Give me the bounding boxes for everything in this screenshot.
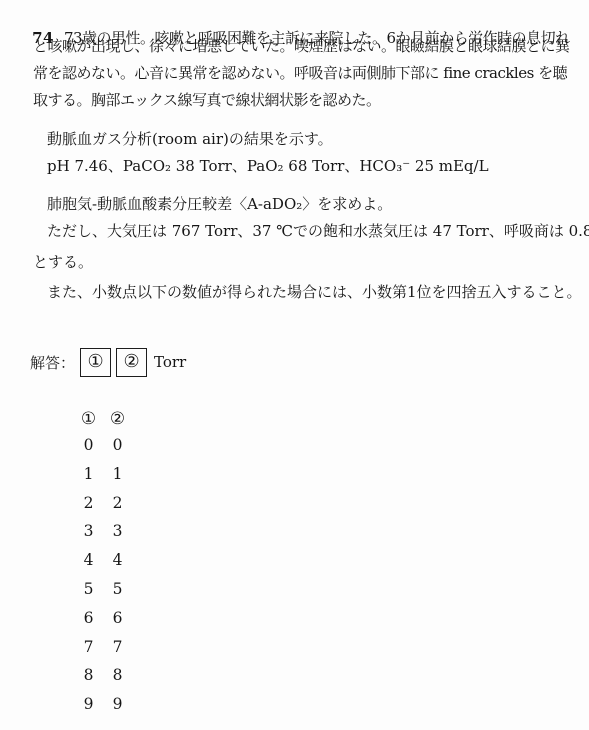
digit-grid: 0 0 1 1 2 2 3 3 4 4 5 5 6 6 7 7: [74, 431, 132, 719]
digit-option-1-9[interactable]: 9: [74, 690, 103, 719]
digit-row-6: 6 6: [74, 604, 132, 633]
answer-slot-2-box: ②: [116, 348, 147, 377]
digit-column-2-header: ②: [103, 408, 132, 430]
answer-slot-2-label: ②: [123, 353, 139, 371]
digit-row-8: 8 8: [74, 661, 132, 690]
digit-option-2-0[interactable]: 0: [103, 431, 132, 460]
digit-option-1-1[interactable]: 1: [74, 460, 103, 489]
digit-option-2-6[interactable]: 6: [103, 604, 132, 633]
answer-slot-1-box: ①: [80, 348, 111, 377]
condition-line-2: とする。: [33, 252, 93, 272]
digit-grid-header: ① ②: [74, 408, 132, 430]
digit-option-2-9[interactable]: 9: [103, 690, 132, 719]
answer-label: 解答：: [30, 352, 75, 373]
task-statement: 肺胞気-動脈血酸素分圧較差〈A-aDO₂〉を求めよ。: [47, 194, 392, 214]
lab-values: pH 7.46、PaCO₂ 38 Torr、PaO₂ 68 Torr、HCO₃⁻…: [47, 156, 489, 176]
digit-option-1-3[interactable]: 3: [74, 517, 103, 546]
digit-option-1-6[interactable]: 6: [74, 604, 103, 633]
digit-option-2-3[interactable]: 3: [103, 517, 132, 546]
exam-question-page: 7473歳の男性。咳嗽と呼吸困難を主訴に来院した。6か月前から労作時の息切れ と…: [0, 0, 589, 730]
stem-line-4: 取する。胸部エックス線写真で線状網状影を認めた。: [33, 90, 381, 110]
digit-row-1: 1 1: [74, 460, 132, 489]
digit-row-2: 2 2: [74, 489, 132, 518]
digit-option-1-2[interactable]: 2: [74, 489, 103, 518]
digit-row-5: 5 5: [74, 575, 132, 604]
answer-line: 解答： ① ② Torr: [30, 347, 186, 377]
digit-option-2-5[interactable]: 5: [103, 575, 132, 604]
stem-line-3: 常を認めない。心音に異常を認めない。呼吸音は両側肺下部に fine crackl…: [33, 63, 567, 83]
digit-option-2-1[interactable]: 1: [103, 460, 132, 489]
digit-option-1-7[interactable]: 7: [74, 633, 103, 662]
digit-option-1-8[interactable]: 8: [74, 661, 103, 690]
rounding-note: また、小数点以下の数値が得られた場合には、小数第1位を四捨五入すること。: [47, 282, 582, 302]
digit-row-7: 7 7: [74, 633, 132, 662]
digit-option-1-5[interactable]: 5: [74, 575, 103, 604]
digit-row-3: 3 3: [74, 517, 132, 546]
condition-line-1: ただし、大気圧は 767 Torr、37 ℃での飽和水蒸気圧は 47 Torr、…: [47, 221, 589, 241]
digit-option-2-8[interactable]: 8: [103, 661, 132, 690]
digit-row-9: 9 9: [74, 690, 132, 719]
digit-option-2-2[interactable]: 2: [103, 489, 132, 518]
lab-intro: 動脈血ガス分析(room air)の結果を示す。: [47, 129, 333, 149]
digit-option-2-7[interactable]: 7: [103, 633, 132, 662]
digit-row-0: 0 0: [74, 431, 132, 460]
answer-unit: Torr: [154, 353, 186, 371]
digit-option-2-4[interactable]: 4: [103, 546, 132, 575]
digit-column-1-header: ①: [74, 408, 103, 430]
answer-slot-1-label: ①: [87, 353, 103, 371]
stem-line-2: と咳嗽が出現し、徐々に増悪していた。喫煙歴はない。眼瞼結膜と眼球結膜とに異: [33, 36, 570, 56]
digit-option-1-4[interactable]: 4: [74, 546, 103, 575]
digit-option-1-0[interactable]: 0: [74, 431, 103, 460]
digit-row-4: 4 4: [74, 546, 132, 575]
